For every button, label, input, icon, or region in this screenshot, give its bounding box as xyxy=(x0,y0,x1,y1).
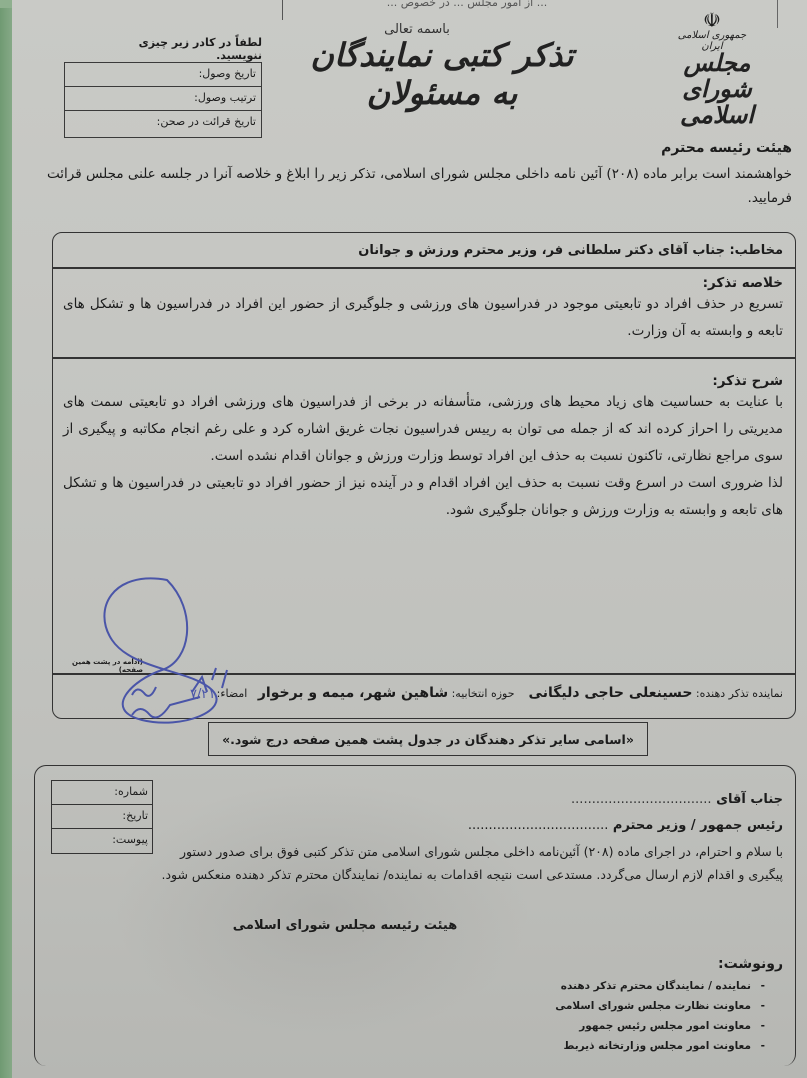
dear-label: جناب آقای xyxy=(716,792,783,807)
district-label: حوزه انتخابیه: xyxy=(452,687,515,700)
forwarding-letter: با سلام و احترام، در اجرای ماده (۲۰۸) آئ… xyxy=(143,840,783,886)
reference-date: تاریخ: xyxy=(52,805,152,829)
document-page: ... از امور مجلس ... در خصوص ... باسمه ت… xyxy=(12,0,807,1078)
reference-box: شماره: تاریخ: پیوست: xyxy=(51,780,153,854)
other-signers-note: «اسامی سایر تذکر دهندگان در جدول پشت همی… xyxy=(208,722,648,756)
registry-receipt-order: ترتیب وصول: xyxy=(65,87,261,111)
summary-section: خلاصه تذکر: تسریع در حذف افراد دو تابعیت… xyxy=(63,275,783,345)
summary-text: تسریع در حذف افراد دو تابعیتی موجود در ف… xyxy=(63,291,783,345)
page-title: تذکر کتبی نمایندگان به مسئولان xyxy=(292,36,592,112)
do-not-write-instruction: لطفاً در کادر زیر چیزی ننویسید. xyxy=(92,36,262,62)
recipient-blank: .................................. xyxy=(468,818,609,833)
cc-item: نماینده / نمایندگان محترم تذکر دهنده xyxy=(485,976,765,996)
recipient-label: رئیس جمهور / وزیر محترم xyxy=(613,818,783,833)
addressee: مخاطب: جناب آقای دکتر سلطانی فر، وزیر مح… xyxy=(83,243,783,258)
district-name: شاهین شهر، میمه و برخوار xyxy=(258,685,448,701)
dear-line: جناب آقای ..............................… xyxy=(383,792,783,807)
handwritten-signature: ۷/۲۱ xyxy=(72,570,272,740)
basmala: باسمه تعالی xyxy=(342,22,492,37)
divider xyxy=(53,357,795,359)
cc-item: معاونت امور مجلس وزارتخانه ذیربط xyxy=(485,1036,765,1056)
cc-item: معاونت امور مجلس رئیس جمهور xyxy=(485,1016,765,1036)
divider xyxy=(53,267,795,269)
top-divider-right xyxy=(777,0,778,28)
forwarding-box: شماره: تاریخ: پیوست: جناب آقای .........… xyxy=(34,765,796,1066)
summary-heading: خلاصه تذکر: xyxy=(63,275,783,291)
signer-name: حسینعلی حاجی دلیگانی xyxy=(529,685,693,701)
reference-attachment: پیوست: xyxy=(52,829,152,853)
reference-number: شماره: xyxy=(52,781,152,805)
cc-list: نماینده / نمایندگان محترم تذکر دهنده معا… xyxy=(485,976,765,1056)
description-paragraph-2: لذا ضروری است در اسرع وقت نسبت به حذف ای… xyxy=(63,470,783,524)
top-divider xyxy=(282,0,283,20)
emblem-icon: ☫ xyxy=(692,8,732,32)
description-heading: شرح تذکر: xyxy=(63,373,783,389)
registry-receipt-date: تاریخ وصول: xyxy=(65,63,261,87)
cc-heading: رونوشت: xyxy=(663,956,783,972)
recipient-line: رئیس جمهور / وزیر محترم ................… xyxy=(383,818,783,833)
background-edge xyxy=(0,0,12,1078)
top-cut-text: ... از امور مجلس ... در خصوص ... xyxy=(272,0,662,9)
intro-paragraph: خواهشمند است برابر ماده (۲۰۸) آئین نامه … xyxy=(42,162,792,210)
description-section: شرح تذکر: با عنایت به حساسیت های زیاد مح… xyxy=(63,373,783,524)
cc-item: معاونت نظارت مجلس شورای اسلامی xyxy=(485,996,765,1016)
handwritten-date: ۷/۲۱ xyxy=(190,687,215,702)
description-paragraph-1: با عنایت به حساسیت های زیاد محیط های ورز… xyxy=(63,389,783,470)
registry-box: تاریخ وصول: ترتیب وصول: تاریخ قرائت در ص… xyxy=(64,62,262,138)
dear-blank: .................................. xyxy=(571,792,712,807)
greeting: هیئت رئیسه محترم xyxy=(472,140,792,156)
signer-label: نماینده تذکر دهنده: xyxy=(696,687,783,700)
registry-reading-date: تاریخ قرائت در صحن: xyxy=(65,111,261,135)
board-signature: هیئت رئیسه مجلس شورای اسلامی xyxy=(215,918,475,933)
logo-title: مجلس شورای اسلامی xyxy=(652,50,782,128)
